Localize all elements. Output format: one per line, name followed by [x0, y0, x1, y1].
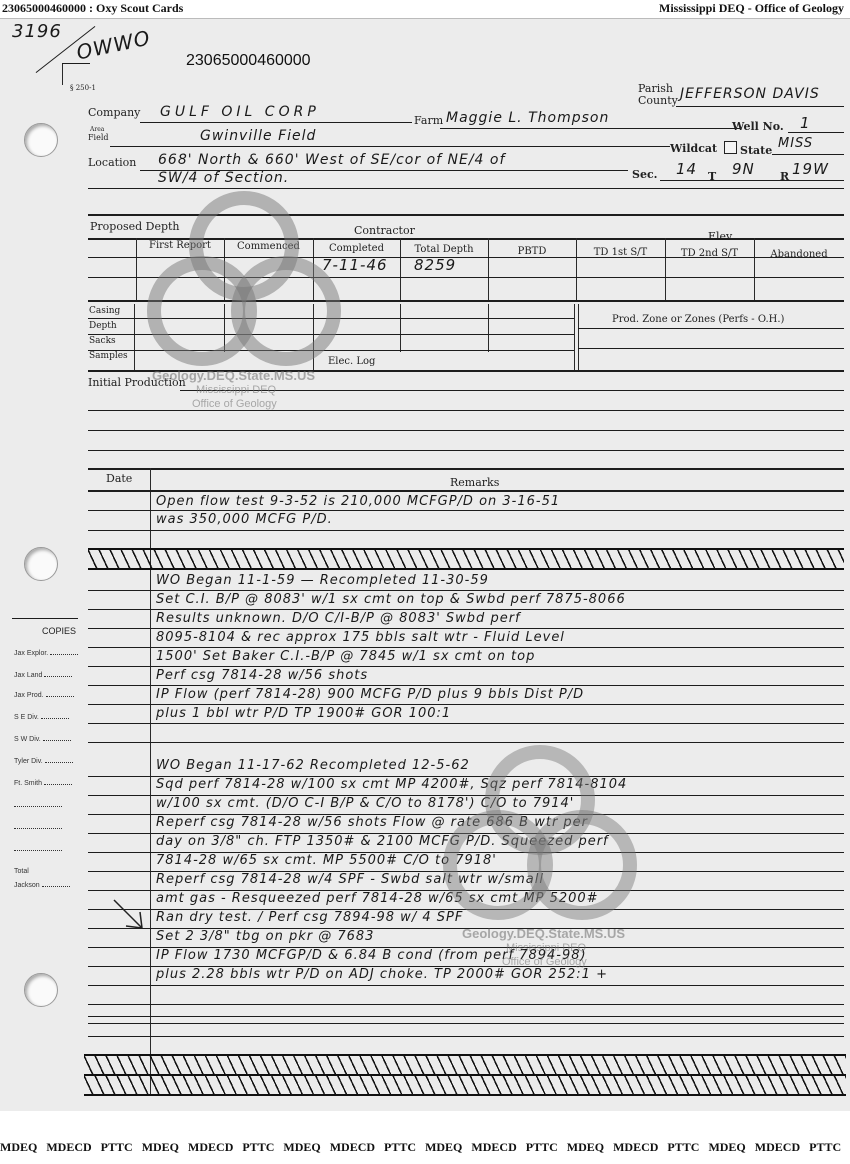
rule: [88, 530, 844, 531]
depth-label: Depth: [89, 321, 117, 331]
file-number-note: 3196: [12, 21, 62, 42]
sec-underline: [660, 180, 844, 181]
rule: [88, 985, 844, 986]
farm-underline: [440, 128, 740, 129]
rule: [88, 1036, 844, 1037]
rule: [88, 628, 844, 629]
state-label: State: [740, 144, 772, 157]
copies-item: Tyler Div.: [14, 758, 43, 765]
source-title: Mississippi DEQ - Office of Geology: [659, 1, 844, 16]
t-label: T: [708, 170, 716, 183]
api-number: 23065000460000: [186, 52, 311, 70]
field-label: Field: [88, 133, 109, 142]
location-line2: SW/4 of Section.: [158, 170, 289, 186]
remark-text: IP Flow (perf 7814-28) 900 MCFG P/D plus…: [156, 687, 584, 702]
footer-tag: MDECD: [188, 1140, 233, 1155]
document-title: 23065000460000 : Oxy Scout Cards: [2, 1, 183, 16]
footer-tag: PTTC: [667, 1140, 699, 1155]
remark-text: was 350,000 MCFG P/D.: [156, 512, 333, 527]
watermark-line2: Mississippi DEQ: [506, 942, 586, 954]
watermark-line2: Mississippi DEQ: [196, 384, 276, 396]
rule: [88, 590, 844, 591]
company-label: Company: [88, 106, 140, 119]
col-pbtd: PBTD: [488, 246, 576, 257]
remark-text: plus 2.28 bbls wtr P/D on ADJ choke. TP …: [156, 967, 608, 982]
margin-bracket-top: [62, 63, 90, 64]
margin-bracket: [62, 63, 63, 85]
watermark-line3: Office of Geology: [502, 956, 587, 968]
field-underline: [110, 146, 670, 147]
county-underline: [676, 106, 844, 107]
copies-item: Jackson: [14, 882, 40, 889]
mdeq-logo-icon: [440, 740, 640, 930]
hatch-divider: [88, 548, 844, 570]
remark-text: Set C.I. B/P @ 8083' w/1 sx cmt on top &…: [156, 592, 626, 607]
rule: [88, 1004, 844, 1005]
remark-text: Perf csg 7814-28 w/56 shots: [156, 668, 368, 683]
mdeq-logo-icon: [144, 186, 344, 376]
footer-tag: MDECD: [755, 1140, 800, 1155]
footer-tag: PTTC: [809, 1140, 841, 1155]
copies-total: Total: [14, 868, 29, 875]
state-underline: [772, 154, 844, 155]
county-value: JEFFERSON DAVIS: [680, 86, 820, 102]
footer-tag: MDECD: [471, 1140, 516, 1155]
col-abandoned: Abandoned: [754, 249, 844, 260]
punch-hole-icon: [24, 123, 58, 157]
rule: [88, 723, 844, 724]
remarks-header: Remarks: [450, 476, 499, 489]
footer-tag: MDEQ: [567, 1140, 604, 1155]
sacks-label: Sacks: [89, 336, 116, 346]
page-header: 23065000460000 : Oxy Scout Cards Mississ…: [0, 0, 850, 18]
contractor-label: Contractor: [354, 224, 415, 237]
rule: [88, 685, 844, 686]
footer-tag: PTTC: [242, 1140, 274, 1155]
state-value: MISS: [778, 136, 813, 151]
remark-text: Results unknown. D/O C/I-B/P @ 8083' Swb…: [156, 611, 521, 626]
copies-item: S E Div.: [14, 714, 39, 721]
elev-label: Elev.: [708, 230, 734, 243]
watermark-line3: Office of Geology: [192, 398, 277, 410]
rule: [88, 1016, 844, 1017]
punch-hole-icon: [24, 973, 58, 1007]
page-footer: MDEQMDECDPTTCMDEQMDECDPTTCMDEQMDECDPTTCM…: [0, 1140, 850, 1164]
wildcat-label: Wildcat: [670, 142, 717, 155]
hatch-divider: [84, 1074, 846, 1096]
hatch-divider: [84, 1054, 846, 1076]
total-depth-value: 8259: [414, 256, 456, 274]
well-no-underline: [788, 132, 844, 133]
remark-text: Set 2 3/8" tbg on pkr @ 7683: [156, 929, 374, 944]
watermark-line1: Geology.DEQ.State.MS.US: [462, 926, 625, 941]
sec-value: 14: [676, 160, 697, 178]
company-underline: [140, 122, 412, 123]
footer-tag: MDEQ: [283, 1140, 320, 1155]
date-header: Date: [106, 472, 132, 485]
arrow-icon: [112, 898, 148, 934]
footer-tag: MDEQ: [425, 1140, 462, 1155]
footer-tag: MDEQ: [0, 1140, 37, 1155]
company-value: GULF OIL CORP: [160, 104, 320, 120]
remark-text: 8095-8104 & rec approx 175 bbls salt wtr…: [156, 630, 565, 645]
copies-item: Jax Prod.: [14, 692, 44, 699]
rule: [88, 1023, 844, 1024]
remark-text: 1500' Set Baker C.I.-B/P @ 7845 w/1 sx c…: [156, 649, 535, 664]
rule: [88, 609, 844, 610]
samples-label: Samples: [89, 351, 128, 361]
rule: [88, 647, 844, 648]
footer-tag: PTTC: [101, 1140, 133, 1155]
footer-tag: MDECD: [613, 1140, 658, 1155]
remark-text: WO Began 11-1-59 — Recompleted 11-30-59: [156, 573, 489, 588]
footer-tag: PTTC: [384, 1140, 416, 1155]
location-label: Location: [88, 156, 136, 169]
copies-item: Jax Explor.: [14, 650, 48, 657]
prod-zone-label: Prod. Zone or Zones (Perfs - O.H.): [612, 314, 784, 325]
form-number: § 250-1: [70, 84, 96, 92]
copies-item: Jax Land: [14, 672, 42, 679]
rule: [88, 666, 844, 667]
remark-text: Ran dry test. / Perf csg 7894-98 w/ 4 SP…: [156, 910, 463, 925]
farm-label: Farm: [414, 114, 443, 127]
remark-text: WO Began 11-17-62 Recompleted 12-5-62: [156, 758, 470, 773]
footer-tag: PTTC: [526, 1140, 558, 1155]
t-value: 9N: [732, 160, 755, 178]
footer-tag: MDEQ: [708, 1140, 745, 1155]
copies-item: Ft. Smith: [14, 780, 42, 787]
county-label: County: [638, 94, 678, 107]
sec-label: Sec.: [632, 168, 657, 181]
copies-title: COPIES: [42, 626, 76, 636]
footer-tag: MDEQ: [142, 1140, 179, 1155]
footer-tag: MDECD: [46, 1140, 91, 1155]
remark-text: plus 1 bbl wtr P/D TP 1900# GOR 100:1: [156, 706, 451, 721]
casing-label: Casing: [89, 306, 120, 316]
punch-hole-icon: [24, 547, 58, 581]
rule: [88, 704, 844, 705]
field-value: Gwinville Field: [200, 128, 316, 144]
col-total-depth: Total Depth: [400, 244, 488, 255]
rule: [88, 510, 844, 511]
copies-item: S W Div.: [14, 736, 41, 743]
area-label: Area: [90, 126, 104, 133]
location-line1: 668' North & 660' West of SE/cor of NE/4…: [158, 152, 505, 168]
well-no-value: 1: [800, 114, 811, 132]
watermark-line1: Geology.DEQ.State.MS.US: [152, 368, 315, 383]
wildcat-checkbox[interactable]: [724, 141, 737, 154]
r-value: 19W: [792, 160, 829, 178]
footer-tag: MDECD: [330, 1140, 375, 1155]
farm-value: Maggie L. Thompson: [446, 110, 609, 126]
well-no-label: Well No.: [732, 120, 784, 133]
remark-text: Open flow test 9-3-52 is 210,000 MCFGP/D…: [156, 494, 560, 509]
r-label: R: [780, 170, 789, 183]
